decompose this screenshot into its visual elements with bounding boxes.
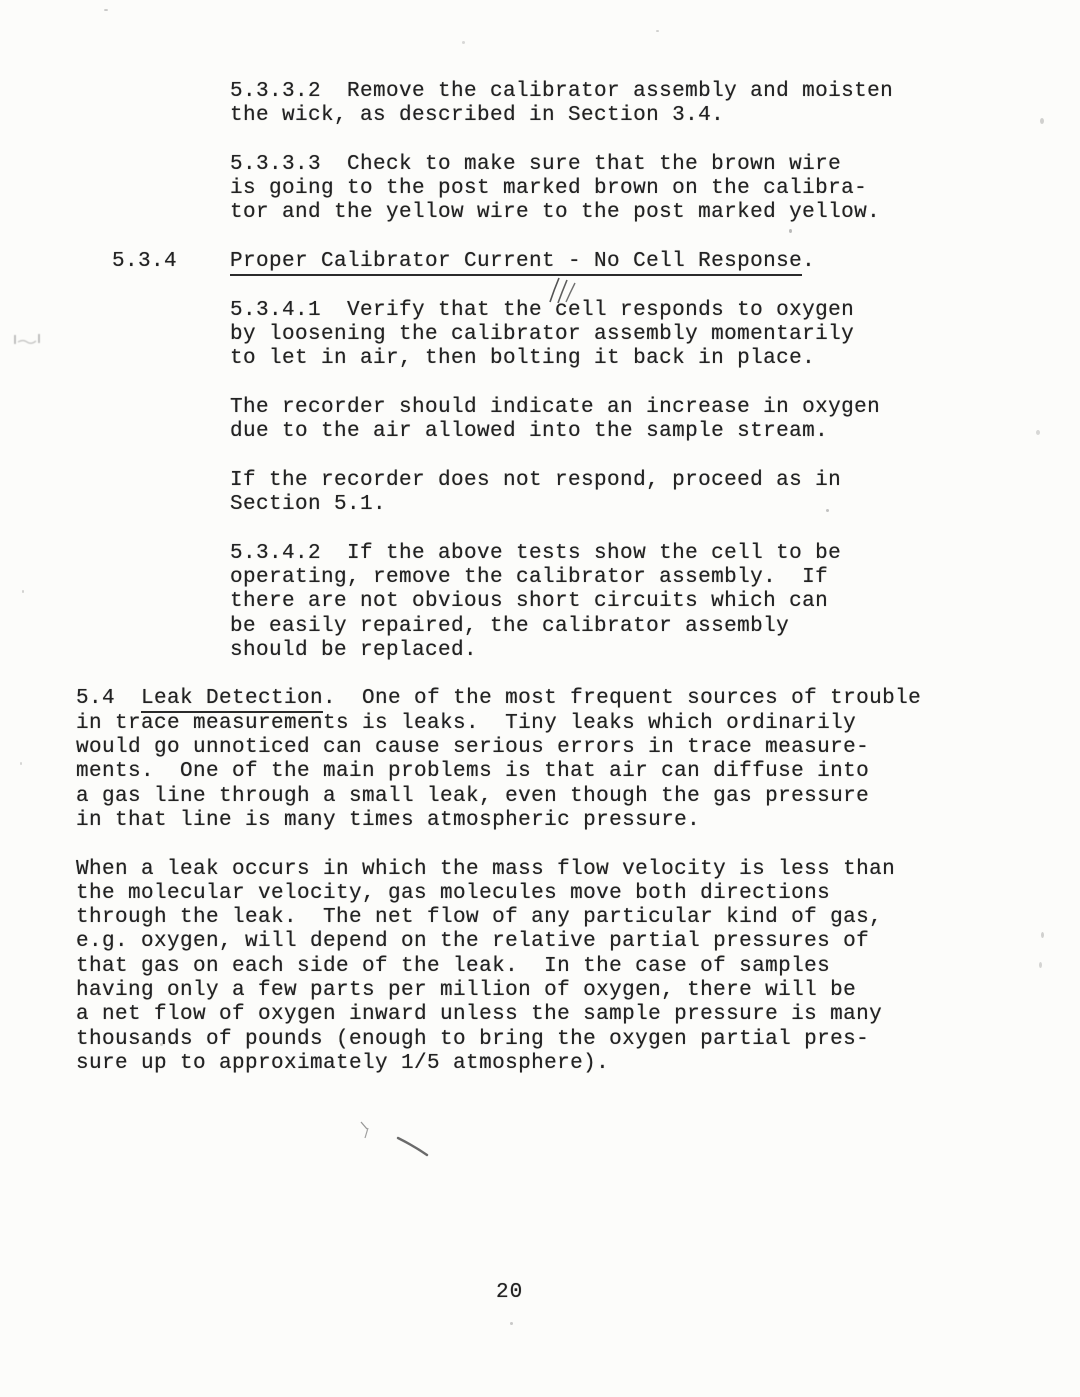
text-line: 5.3.4.2 If the above tests show the cell…: [230, 542, 1080, 566]
scan-speck: [104, 9, 108, 11]
section-number: 5.3.4: [112, 250, 230, 274]
text-line: to let in air, then bolting it back in p…: [230, 347, 1080, 371]
scan-speck: [656, 30, 659, 32]
text-line: sure up to approximately 1/5 atmosphere)…: [76, 1052, 1080, 1076]
text-line: is going to the post marked brown on the…: [230, 177, 1080, 201]
text-line: ments. One of the main problems is that …: [76, 760, 1080, 784]
text-segment: .: [802, 250, 815, 273]
paragraph-5-4-leak-detection: 5.4 Leak Detection. One of the most freq…: [76, 687, 1080, 833]
paragraph-recorder-no-response: If the recorder does not respond, procee…: [230, 469, 1080, 518]
paragraph-recorder-increase: The recorder should indicate an increase…: [230, 396, 1080, 445]
text-line: a gas line through a small leak, even th…: [76, 785, 1080, 809]
text-segment: 5.4: [76, 687, 141, 710]
underlined-heading-text: Leak Detection: [141, 687, 323, 713]
document-body: 5.3.3.2 Remove the calibrator assembly a…: [0, 80, 1080, 1100]
text-line: tor and the yellow wire to the post mark…: [230, 201, 1080, 225]
text-line: by loosening the calibrator assembly mom…: [230, 323, 1080, 347]
text-segment: . One of the most frequent sources of tr…: [323, 687, 921, 710]
margin-smudge-mark: [13, 332, 43, 348]
scan-speck: [789, 229, 792, 233]
paragraph-5-3-3-3: 5.3.3.3 Check to make sure that the brow…: [230, 153, 1080, 226]
text-line: having only a few parts per million of o…: [76, 979, 1080, 1003]
text-line: Section 5.1.: [230, 493, 1080, 517]
scan-speck: [160, 1043, 163, 1046]
text-line: there are not obvious short circuits whi…: [230, 590, 1080, 614]
text-line: be easily repaired, the calibrator assem…: [230, 615, 1080, 639]
text-line: The recorder should indicate an increase…: [230, 396, 1080, 420]
scan-speck: [1040, 118, 1044, 124]
text-line: thousands of pounds (enough to bring the…: [76, 1028, 1080, 1052]
scan-speck: [1039, 962, 1042, 968]
text-line: that gas on each side of the leak. In th…: [76, 955, 1080, 979]
scan-speck: [1036, 430, 1040, 435]
text-line: 5.4 Leak Detection. One of the most freq…: [76, 687, 1080, 711]
paragraph-5-3-3-2: 5.3.3.2 Remove the calibrator assembly a…: [230, 80, 1080, 129]
text-line: If the recorder does not respond, procee…: [230, 469, 1080, 493]
text-line: 5.3.3.3 Check to make sure that the brow…: [230, 153, 1080, 177]
text-line: in that line is many times atmospheric p…: [76, 809, 1080, 833]
text-line: operating, remove the calibrator assembl…: [230, 566, 1080, 590]
text-line: should be replaced.: [230, 639, 1080, 663]
paragraph-5-3-4-1: 5.3.4.1 Verify that the cell responds to…: [230, 299, 1080, 372]
scan-speck: [510, 1322, 513, 1325]
page-number: 20: [496, 1281, 523, 1304]
scan-speck: [826, 509, 829, 512]
text-line: a net flow of oxygen inward unless the s…: [76, 1003, 1080, 1027]
document-page: 5.3.3.2 Remove the calibrator assembly a…: [0, 0, 1080, 1397]
pen-stroke-mark: [396, 1136, 432, 1160]
scan-speck: [1041, 932, 1044, 938]
handwritten-scribble-mark: [544, 274, 582, 306]
scan-speck: [20, 762, 22, 765]
underlined-heading-text: Proper Calibrator Current - No Cell Resp…: [230, 250, 802, 276]
text-line: due to the air allowed into the sample s…: [230, 420, 1080, 444]
text-line: the wick, as described in Section 3.4.: [230, 104, 1080, 128]
text-line: in trace measurements is leaks. Tiny lea…: [76, 712, 1080, 736]
text-line: 5.3.4.1 Verify that the cell responds to…: [230, 299, 1080, 323]
text-line: 5.3.4Proper Calibrator Current - No Cell…: [112, 250, 1080, 274]
text-line: e.g. oxygen, will depend on the relative…: [76, 930, 1080, 954]
paragraph-5-3-4-2: 5.3.4.2 If the above tests show the cell…: [230, 542, 1080, 663]
scan-speck: [462, 41, 465, 44]
text-line: When a leak occurs in which the mass flo…: [76, 858, 1080, 882]
text-line: would go unnoticed can cause serious err…: [76, 736, 1080, 760]
heading-5-3-4: 5.3.4Proper Calibrator Current - No Cell…: [112, 250, 1080, 274]
text-line: the molecular velocity, gas molecules mo…: [76, 882, 1080, 906]
text-line: 5.3.3.2 Remove the calibrator assembly a…: [230, 80, 1080, 104]
pen-tick-mark: [358, 1120, 376, 1142]
scan-speck: [22, 590, 24, 593]
paragraph-leak-flow-physics: When a leak occurs in which the mass flo…: [76, 858, 1080, 1077]
text-line: through the leak. The net flow of any pa…: [76, 906, 1080, 930]
